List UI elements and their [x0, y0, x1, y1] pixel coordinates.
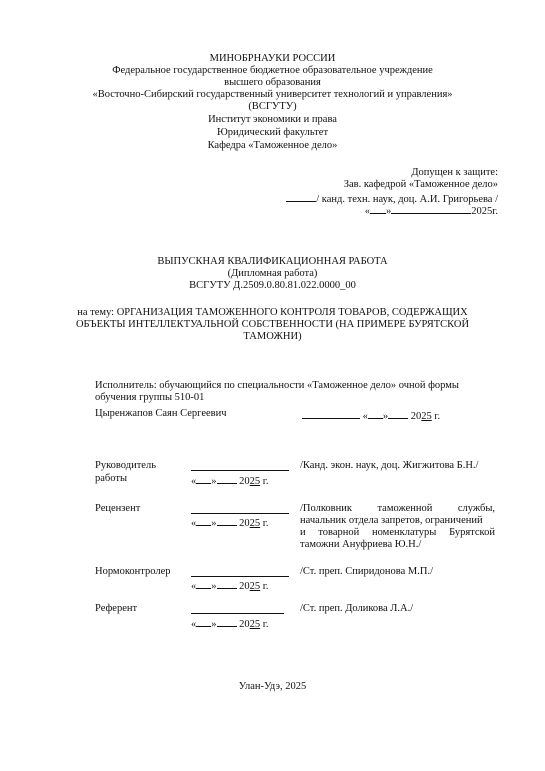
reviewer-name-line2: начальник отдела запретов, ограничений: [300, 515, 483, 527]
normcontroller-name: /Ст. преп. Спиридонова М.П./: [300, 566, 433, 578]
work-type: ВЫПУСКНАЯ КВАЛИФИКАЦИОННАЯ РАБОТА: [0, 256, 545, 268]
approval-date: «»2025г.: [365, 203, 498, 218]
reviewer-role: Рецензент: [95, 503, 140, 515]
supervisor-role-line2: работы: [95, 473, 127, 485]
faculty: Юридический факультет: [0, 127, 545, 139]
department-head: Зав. кафедрой «Таможенное дело»: [344, 179, 498, 191]
referent-date: «» 2025 г.: [191, 616, 269, 631]
work-code: ВСГУТУ Д.2509.0.80.81.022.0000_00: [0, 280, 545, 292]
supervisor-name: /Канд. экон. наук, доц. Жигжитова Б.Н./: [300, 460, 478, 472]
work-subtype: (Дипломная работа): [0, 268, 545, 280]
signature-blank: [286, 191, 316, 202]
topic-line1: на тему: ОРГАНИЗАЦИЯ ТАМОЖЕННОГО КОНТРОЛ…: [0, 307, 545, 319]
author-line2: обучения группы 510-01: [95, 392, 204, 404]
reviewer-name-line4: таможни Ануфриева Ю.Н./: [300, 539, 421, 551]
referent-name: /Ст. преп. Доликова Л.А./: [300, 603, 413, 615]
ministry: МИНОБРНАУКИ РОССИИ: [0, 53, 545, 65]
reviewer-date: «» 2025 г.: [191, 515, 269, 530]
city-year: Улан-Удэ, 2025: [0, 681, 545, 693]
university-name: «Восточно-Сибирский государственный унив…: [0, 89, 545, 101]
referent-role: Референт: [95, 603, 137, 615]
supervisor-date: «» 2025 г.: [191, 473, 269, 488]
author-line1: Исполнитель: обучающийся по специальност…: [95, 380, 459, 392]
reviewer-name-line3: итоварнойноменклатурыБурятской: [300, 527, 495, 539]
institute: Институт экономики и права: [0, 114, 545, 126]
institution-line2: высшего образования: [0, 77, 545, 89]
supervisor-role-line1: Руководитель: [95, 460, 156, 472]
author-signature-date: «» 2025 г.: [302, 408, 440, 423]
institution-line1: Федеральное государственное бюджетное об…: [0, 65, 545, 77]
author-name: Цыренжапов Саян Сергеевич: [95, 408, 227, 420]
reviewer-name-line1: /Полковниктаможеннойслужбы,: [300, 503, 495, 515]
normcontroller-date: «» 2025 г.: [191, 578, 269, 593]
topic-line3: ТАМОЖНИ): [0, 331, 545, 343]
normcontroller-role: Нормоконтролер: [95, 566, 170, 578]
admitted-label: Допущен к защите:: [411, 167, 498, 179]
department: Кафедра «Таможенное дело»: [0, 140, 545, 152]
topic-line2: ОБЪЕКТЫ ИНТЕЛЛЕКТУАЛЬНОЙ СОБСТВЕННОСТИ (…: [0, 319, 545, 331]
university-abbr: (ВСГУТУ): [0, 101, 545, 113]
